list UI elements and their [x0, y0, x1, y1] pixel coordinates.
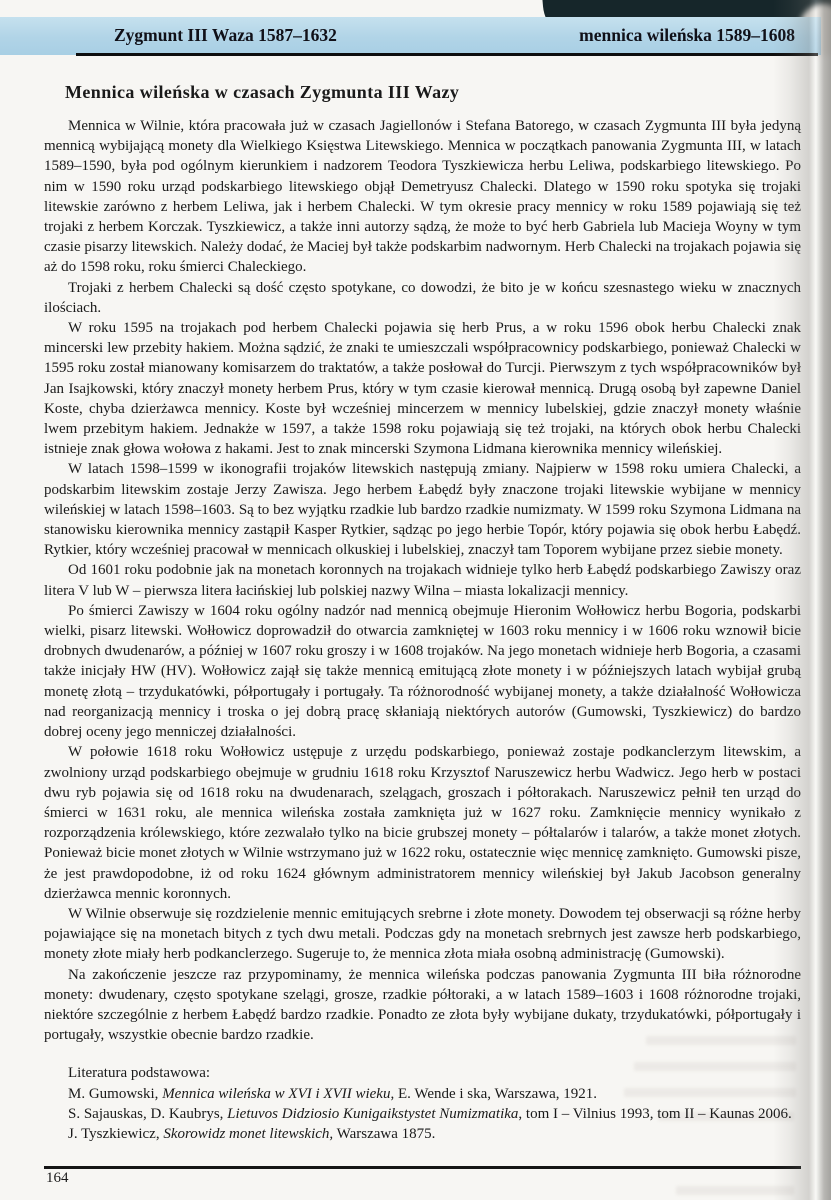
bib-authors: J. Tyszkiewicz,: [68, 1126, 163, 1142]
bib-authors: M. Gumowski,: [68, 1086, 162, 1102]
paragraph: Po śmierci Zawiszy w 1604 roku ogólny na…: [44, 601, 801, 742]
page-title: Mennica wileńska w czasach Zygmunta III …: [65, 82, 459, 103]
show-through-artifact: [676, 1186, 794, 1195]
bib-work-title: Lietuvos Didziosio Kunigaikstystet Numiz…: [227, 1106, 518, 1122]
paragraph: Na zakończenie jeszcze raz przypominamy,…: [44, 965, 801, 1046]
bib-authors: S. Sajauskas, D. Kaubrys,: [68, 1106, 227, 1122]
paragraph: W latach 1598–1599 w ikonografii trojakó…: [44, 459, 801, 560]
bibliography-entry: J. Tyszkiewicz, Skorowidz monet litewski…: [44, 1124, 801, 1144]
scanned-book-page: { "header": { "left_title": "Zygmunt III…: [0, 0, 831, 1200]
running-header: Zygmunt III Waza 1587–1632 mennica wileń…: [0, 17, 821, 53]
page-number: 164: [46, 1170, 69, 1187]
article-body: Mennica w Wilnie, która pracowała już w …: [44, 116, 801, 1144]
bibliography-heading: Literatura podstawowa:: [44, 1063, 801, 1083]
paragraph: W połowie 1618 roku Wołłowicz ustępuje z…: [44, 742, 801, 904]
bib-work-title: Mennica wileńska w XVI i XVII wieku: [162, 1086, 390, 1102]
paragraph: Trojaki z herbem Chalecki są dość często…: [44, 278, 801, 318]
bibliography-section: Literatura podstawowa: M. Gumowski, Menn…: [44, 1063, 801, 1144]
paragraph: Od 1601 roku podobnie jak na monetach ko…: [44, 560, 801, 600]
bibliography-entry: S. Sajauskas, D. Kaubrys, Lietuvos Didzi…: [44, 1104, 801, 1124]
paragraph: W Wilnie obserwuje się rozdzielenie menn…: [44, 904, 801, 965]
footer-rule: [44, 1166, 801, 1169]
running-header-right: mennica wileńska 1589–1608: [579, 25, 795, 46]
paragraph: Mennica w Wilnie, która pracowała już w …: [44, 116, 801, 278]
paragraph: W roku 1595 na trojakach pod herbem Chal…: [44, 318, 801, 459]
bib-publication: Warszawa 1875.: [333, 1126, 435, 1142]
bib-publication: , tom I – Vilnius 1993, tom II – Kaunas …: [518, 1106, 791, 1122]
bibliography-entry: M. Gumowski, Mennica wileńska w XVI i XV…: [44, 1084, 801, 1104]
header-rule: [76, 53, 818, 56]
running-header-left: Zygmunt III Waza 1587–1632: [114, 25, 337, 46]
bib-work-title: Skorowidz monet litewskich,: [163, 1126, 333, 1142]
bib-publication: , E. Wende i ska, Warszawa, 1921.: [390, 1086, 597, 1102]
